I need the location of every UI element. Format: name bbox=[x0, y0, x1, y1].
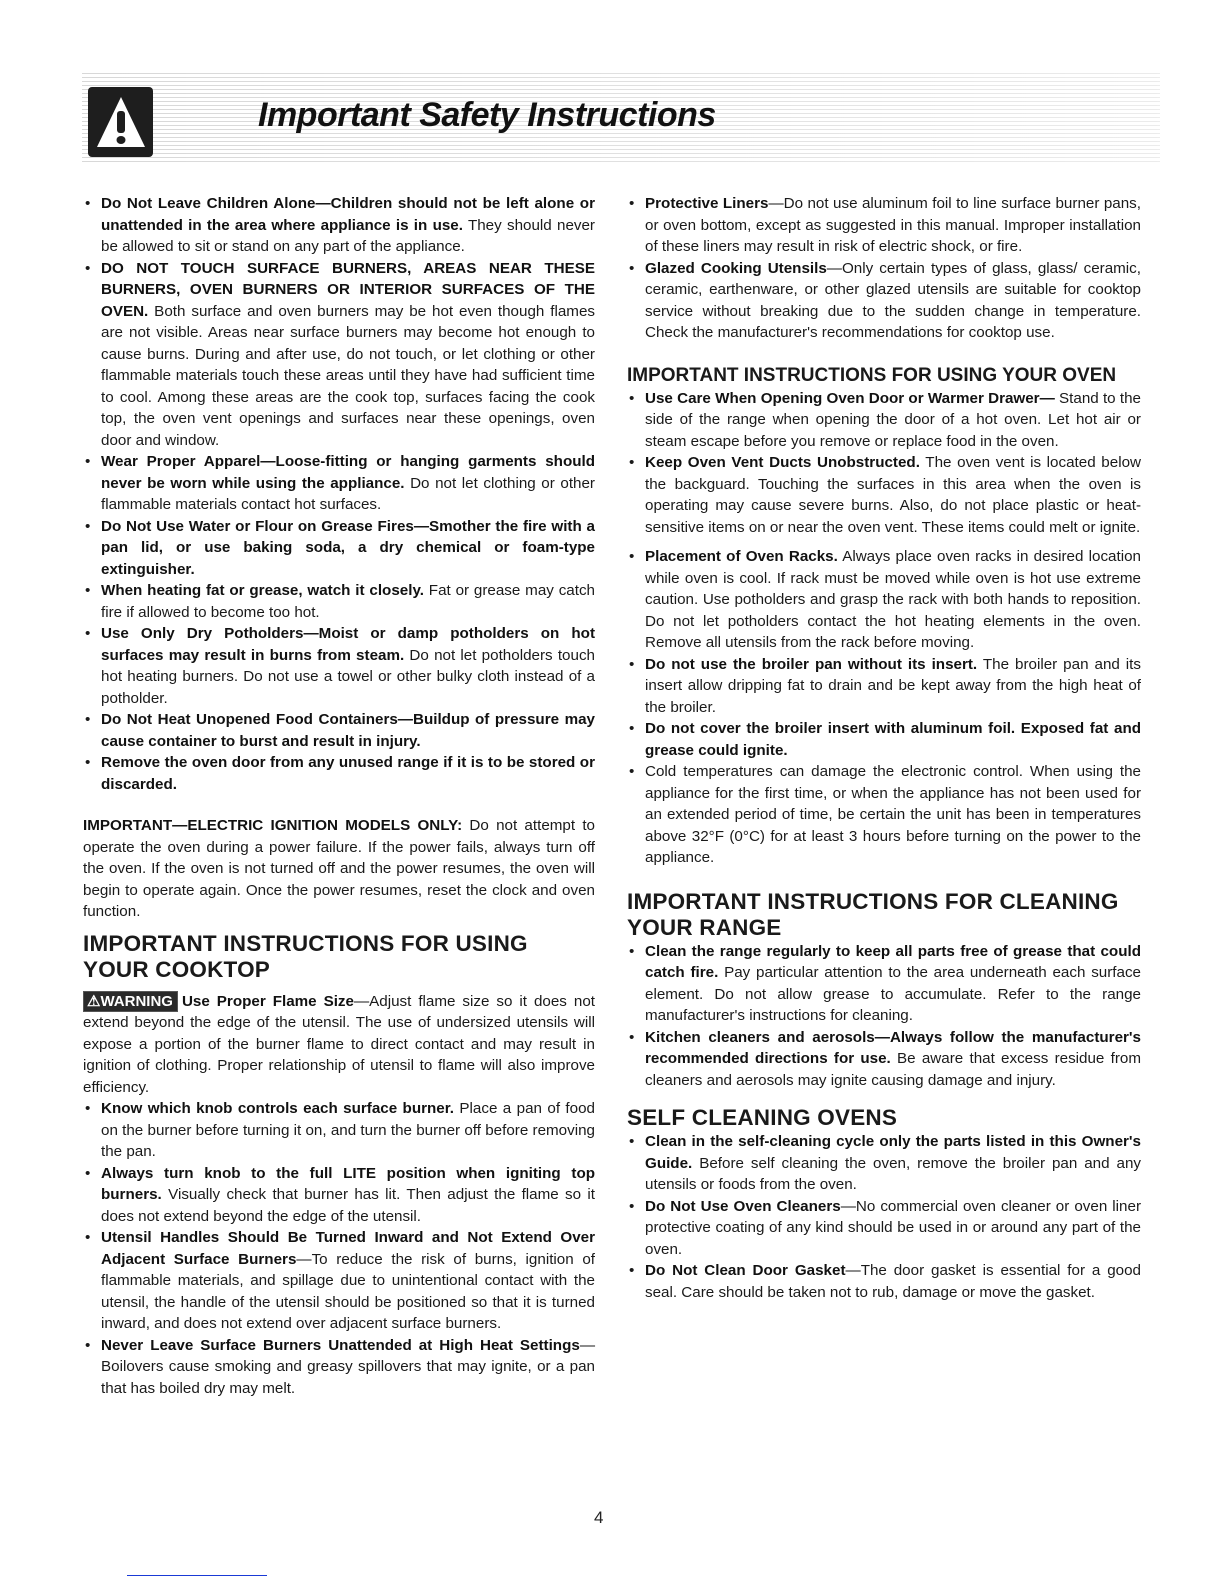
self-cleaning-heading: SELF CLEANING OVENS bbox=[627, 1105, 1141, 1131]
bottom-rule bbox=[127, 1575, 267, 1576]
cooktop-heading: IMPORTANT INSTRUCTIONS FOR USING YOUR CO… bbox=[83, 931, 595, 983]
cooktop-item: •Never Leave Surface Burners Unattended … bbox=[83, 1335, 595, 1400]
self-clean-item: •Clean in the self-cleaning cycle only t… bbox=[627, 1131, 1141, 1196]
page-title: Important Safety Instructions bbox=[258, 96, 716, 135]
safety-item: •When heating fat or grease, watch it cl… bbox=[83, 580, 595, 623]
warning-badge: ⚠WARNING bbox=[83, 991, 178, 1012]
self-clean-item: •Do Not Use Oven Cleaners—No commercial … bbox=[627, 1196, 1141, 1261]
cleaning-item: •Clean the range regularly to keep all p… bbox=[627, 941, 1141, 1027]
safety-item: •Remove the oven door from any unused ra… bbox=[83, 752, 595, 795]
page-number: 4 bbox=[594, 1508, 603, 1528]
cleaning-item: •Kitchen cleaners and aerosols—Always fo… bbox=[627, 1027, 1141, 1092]
safety-item: •Glazed Cooking Utensils—Only certain ty… bbox=[627, 258, 1141, 344]
warning-triangle-icon bbox=[88, 87, 153, 157]
safety-item: •Wear Proper Apparel—Loose-fitting or ha… bbox=[83, 451, 595, 516]
safety-item: •Do Not Leave Children Alone—Children sh… bbox=[83, 193, 595, 258]
oven-heading: IMPORTANT INSTRUCTIONS FOR USING YOUR OV… bbox=[627, 364, 1141, 388]
oven-item: •Placement of Oven Racks. Always place o… bbox=[627, 546, 1141, 654]
oven-item: •Cold temperatures can damage the electr… bbox=[627, 761, 1141, 869]
electric-ignition-note: IMPORTANT—ELECTRIC IGNITION MODELS ONLY:… bbox=[83, 815, 595, 923]
oven-item: •Do not cover the broiler insert with al… bbox=[627, 718, 1141, 761]
safety-item: •Use Only Dry Potholders—Moist or damp p… bbox=[83, 623, 595, 709]
safety-item: •Do Not Heat Unopened Food Containers—Bu… bbox=[83, 709, 595, 752]
cooktop-warning: ⚠WARNINGUse Proper Flame Size—Adjust fla… bbox=[83, 991, 595, 1099]
right-column: •Protective Liners—Do not use aluminum f… bbox=[627, 193, 1141, 1303]
cooktop-item: •Always turn knob to the full LITE posit… bbox=[83, 1163, 595, 1228]
left-column: •Do Not Leave Children Alone—Children sh… bbox=[83, 193, 595, 1399]
cooktop-item: •Know which knob controls each surface b… bbox=[83, 1098, 595, 1163]
oven-item: •Do not use the broiler pan without its … bbox=[627, 654, 1141, 719]
oven-item: •Use Care When Opening Oven Door or Warm… bbox=[627, 388, 1141, 453]
safety-item: •Do Not Use Water or Flour on Grease Fir… bbox=[83, 516, 595, 581]
cleaning-heading: IMPORTANT INSTRUCTIONS FOR CLEANING YOUR… bbox=[627, 889, 1141, 941]
cooktop-item: •Utensil Handles Should Be Turned Inward… bbox=[83, 1227, 595, 1335]
oven-item: •Keep Oven Vent Ducts Unobstructed. The … bbox=[627, 452, 1141, 538]
self-clean-item: •Do Not Clean Door Gasket—The door gaske… bbox=[627, 1260, 1141, 1303]
safety-item: •Protective Liners—Do not use aluminum f… bbox=[627, 193, 1141, 258]
safety-item: •DO NOT TOUCH SURFACE BURNERS, AREAS NEA… bbox=[83, 258, 595, 452]
